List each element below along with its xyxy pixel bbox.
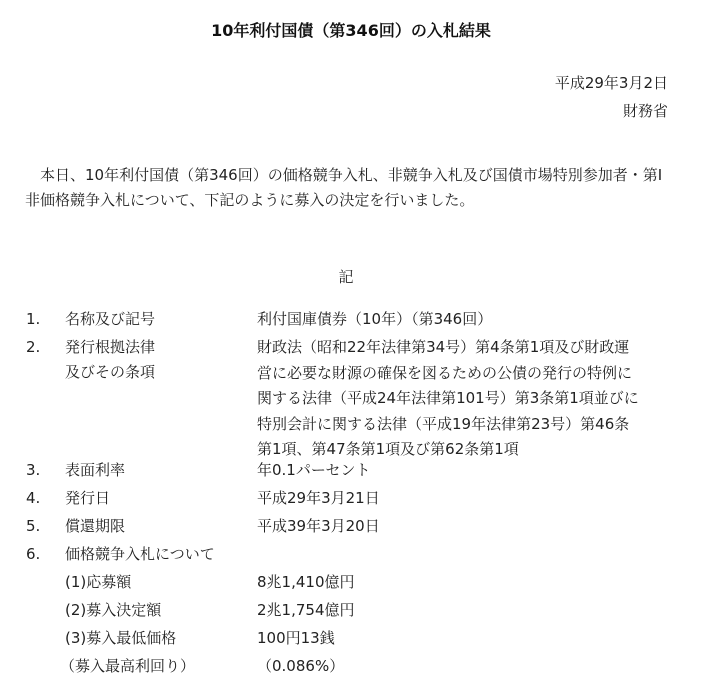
value-line: 財政法（昭和22年法律第34号）第4条第1項及び財政運 bbox=[257, 335, 677, 361]
item-number: 3. bbox=[26, 458, 40, 483]
sub-item-value: （0.086%） bbox=[257, 654, 344, 679]
item-label: 発行根拠法律 及びその条項 bbox=[65, 335, 155, 385]
announcement-date: 平成29年3月2日 bbox=[555, 72, 668, 93]
item-number: 2. bbox=[26, 335, 40, 360]
sub-item-value: 100円13銭 bbox=[257, 626, 335, 651]
page-title: 10年利付国債（第346回）の入札結果 bbox=[0, 18, 702, 41]
item-label-line: 及びその条項 bbox=[65, 360, 155, 385]
sub-item-label: (2)募入決定額 bbox=[65, 598, 161, 623]
value-line: 特別会計に関する法律（平成19年法律第23号）第46条 bbox=[257, 412, 677, 438]
item-number: 5. bbox=[26, 514, 40, 539]
sub-item-label: (1)応募額 bbox=[65, 570, 131, 595]
item-number: 1. bbox=[26, 307, 40, 332]
value-line: 営に必要な財源の確保を図るための公債の発行の特例に bbox=[257, 361, 677, 387]
sub-item-label: （募入最高利回り） bbox=[60, 654, 195, 679]
sub-item-label: (3)募入最低価格 bbox=[65, 626, 176, 651]
item-label: 表面利率 bbox=[65, 458, 125, 483]
intro-paragraph: 本日、10年利付国債（第346回）の価格競争入札、非競争入札及び国債市場特別参加… bbox=[25, 163, 665, 213]
item-number: 6. bbox=[26, 542, 40, 567]
item-label: 償還期限 bbox=[65, 514, 125, 539]
item-label: 価格競争入札について bbox=[65, 542, 215, 567]
item-number: 4. bbox=[26, 486, 40, 511]
item-label: 発行日 bbox=[65, 486, 110, 511]
sub-item-value: 8兆1,410億円 bbox=[257, 570, 355, 595]
item-value: 平成29年3月21日 bbox=[257, 486, 677, 511]
item-value: 年0.1パーセント bbox=[257, 458, 677, 483]
item-label-line: 発行根拠法律 bbox=[65, 335, 155, 360]
sub-item-value: 2兆1,754億円 bbox=[257, 598, 355, 623]
issuer-name: 財務省 bbox=[623, 100, 668, 121]
value-line: 関する法律（平成24年法律第101号）第3条第1項並びに bbox=[257, 386, 677, 412]
item-value: 財政法（昭和22年法律第34号）第4条第1項及び財政運 営に必要な財源の確保を図… bbox=[257, 335, 677, 463]
item-value: 利付国庫債券（10年）（第346回） bbox=[257, 307, 677, 332]
section-heading-ki: 記 bbox=[0, 266, 692, 287]
item-value: 平成39年3月20日 bbox=[257, 514, 677, 539]
item-label: 名称及び記号 bbox=[65, 307, 155, 332]
